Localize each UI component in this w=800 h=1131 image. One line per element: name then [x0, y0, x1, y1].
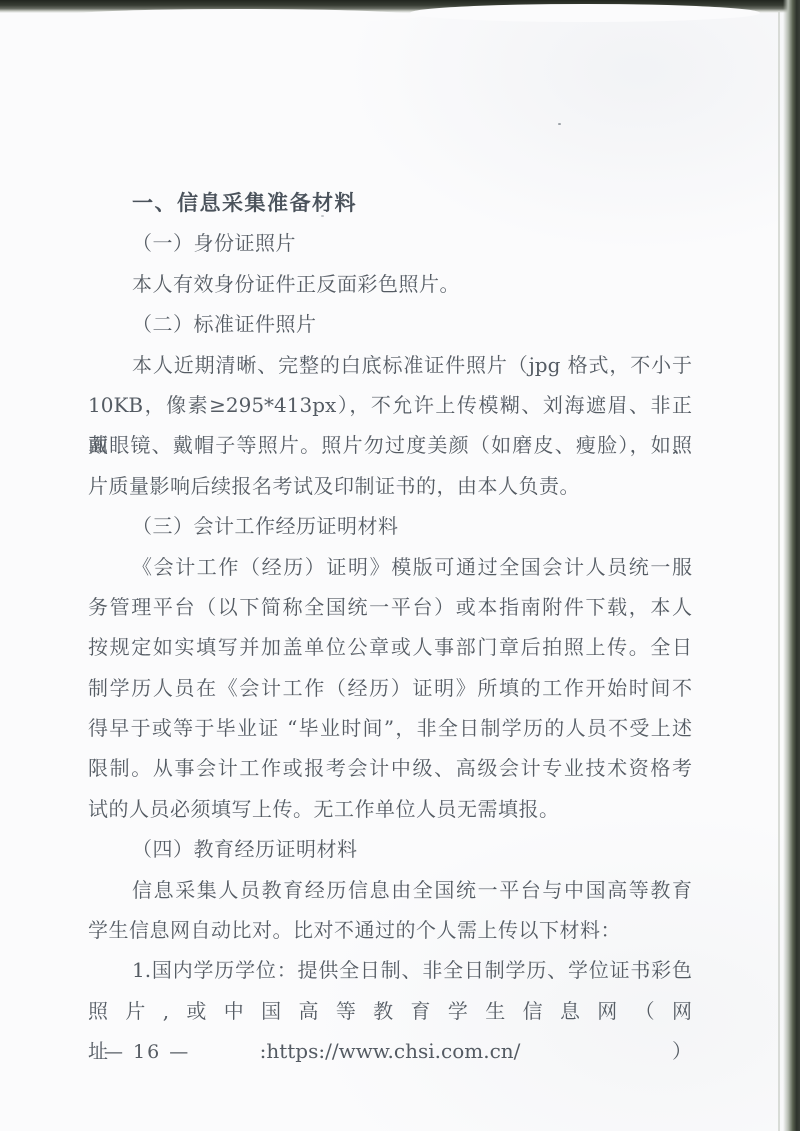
text-line-subheading-1: （一）身份证照片	[88, 223, 692, 263]
text-line: 按规定如实填写并加盖单位公章或人事部门章后拍照上传。全日	[88, 627, 692, 667]
text-line-subheading-3: （三）会计工作经历证明材料	[88, 506, 692, 546]
scanned-document-page: 一、信息采集准备材料 （一）身份证照片 本人有效身份证件正反面彩色照片。 （二）…	[0, 0, 800, 1131]
text-line: 1.国内学历学位：提供全日制、非全日制学历、学位证书彩色	[88, 950, 692, 990]
text-line-subheading-2: （二）标准证件照片	[88, 304, 692, 344]
section-heading: 一、信息采集准备材料	[88, 183, 692, 223]
text-line: 10KB，像素≥295*413px），不允许上传模糊、刘海遮眉、非正面、	[88, 385, 692, 425]
paper-curl-highlight	[60, 9, 420, 23]
text-line: 本人有效身份证件正反面彩色照片。	[88, 264, 692, 304]
text-line-subheading-4: （四）教育经历证明材料	[88, 829, 692, 869]
text-line: 片质量影响后续报名考试及印制证书的，由本人负责。	[88, 466, 692, 506]
text-line: 照片,或中国高等教育学生信息网（网址:https://www.chsi.com.…	[88, 991, 692, 1031]
paper-curl-highlight	[410, 4, 760, 22]
text-line: 信息采集人员教育经历信息由全国统一平台与中国高等教育	[88, 870, 692, 910]
text-line: 务管理平台（以下简称全国统一平台）或本指南附件下载，本人	[88, 587, 692, 627]
text-line: 制学历人员在《会计工作（经历）证明》所填的工作开始时间不	[88, 668, 692, 708]
scan-dust-speck	[558, 123, 561, 125]
paper-edge-shadow	[778, 12, 780, 1131]
document-content: 一、信息采集准备材料 （一）身份证照片 本人有效身份证件正反面彩色照片。 （二）…	[88, 183, 692, 1031]
page-number: — 16 —	[104, 1041, 190, 1063]
scan-right-edge-artifact	[783, 0, 800, 1131]
text-line: 限制。从事会计工作或报考会计中级、高级会计专业技术资格考	[88, 748, 692, 788]
text-line: 试的人员必须填写上传。无工作单位人员无需填报。	[88, 789, 692, 829]
text-line: 戴眼镜、戴帽子等照片。照片勿过度美颜（如磨皮、瘦脸），如照	[88, 425, 692, 465]
text-line: 《会计工作（经历）证明》模版可通过全国会计人员统一服	[88, 547, 692, 587]
text-line: 本人近期清晰、完整的白底标准证件照片（jpg 格式，不小于	[88, 345, 692, 385]
text-line: 学生信息网自动比对。比对不通过的个人需上传以下材料：	[88, 910, 692, 950]
text-line: 得早于或等于毕业证 “毕业时间”，非全日制学历的人员不受上述	[88, 708, 692, 748]
